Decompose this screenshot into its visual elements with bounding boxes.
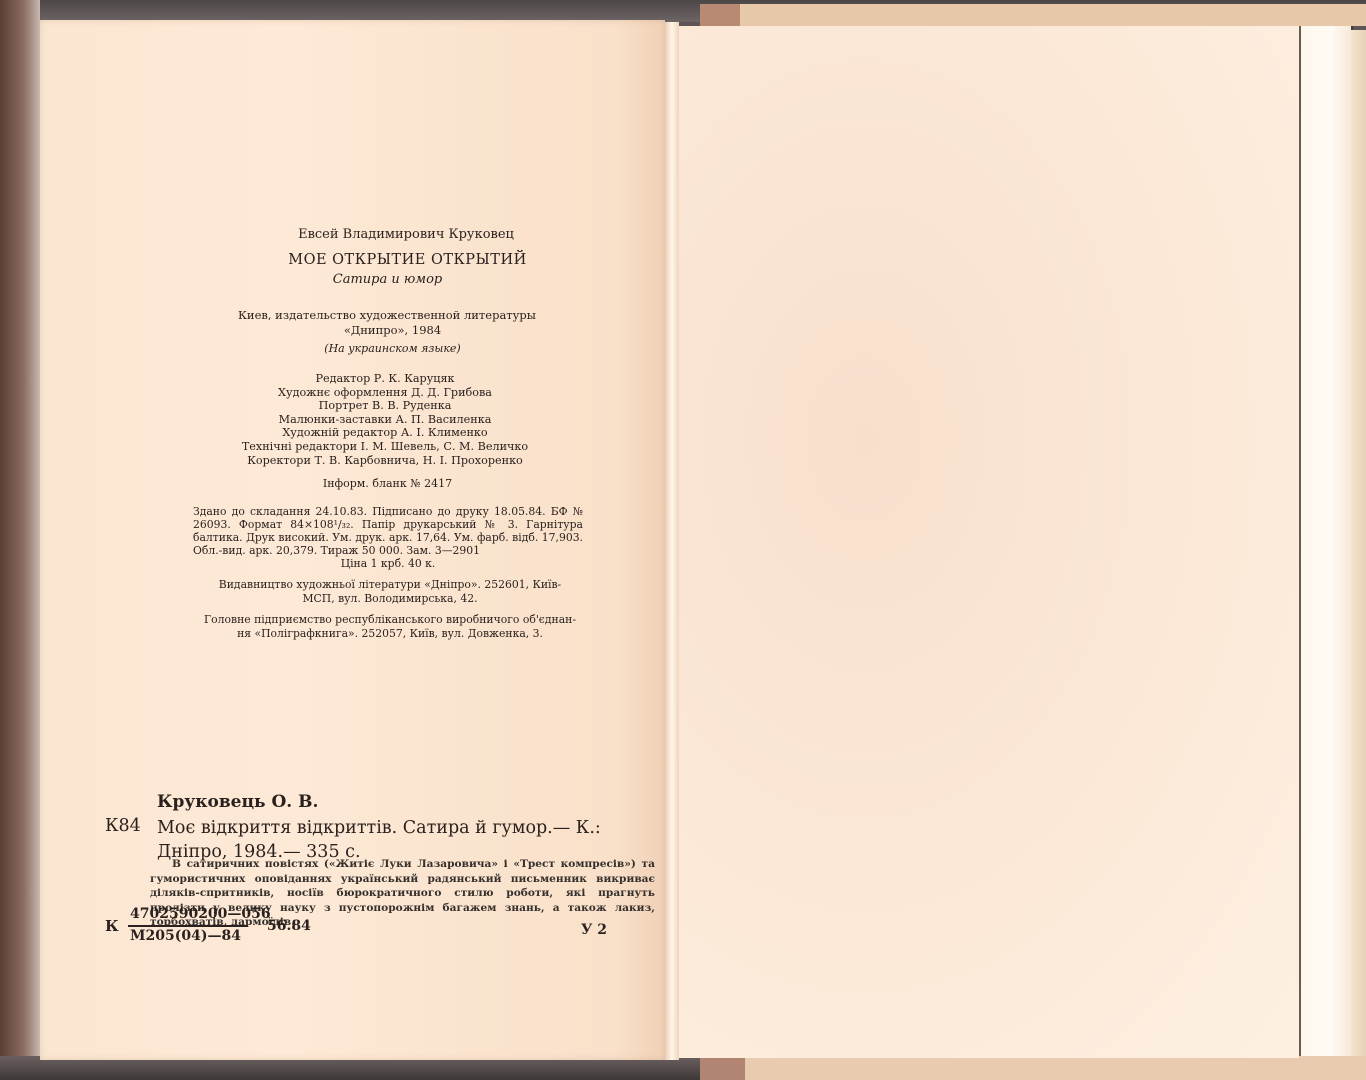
udc-code: У 2: [581, 922, 607, 938]
scan-backdrop-left: [0, 0, 40, 1080]
credit-proofreaders: Коректори Т. В. Карбовнича, Н. І. Прохор…: [225, 454, 545, 468]
publisher-line-1: Киев, издательство художественной литера…: [232, 308, 542, 322]
cover-edge: [1351, 30, 1366, 1056]
book-gutter: [665, 22, 679, 1060]
inform-blank: Інформ. бланк № 2417: [300, 477, 475, 490]
price: Ціна 1 крб. 40 к.: [193, 557, 583, 570]
printer-address-line-2: ня «Поліграфкнига». 252057, Київ, вул. Д…: [190, 627, 590, 641]
cover-board-bottom: [700, 1056, 1366, 1080]
imprint-block: Здано до складання 24.10.83. Підписано д…: [193, 505, 583, 570]
credit-tech-editors: Технічні редактори І. М. Шевель, С. М. В…: [225, 440, 545, 454]
printer-address: Головне підприємство республіканського в…: [190, 613, 590, 641]
publisher-address: Видавництво художньої літератури «Дніпро…: [190, 578, 590, 606]
bbk-numerator: 4702590200—056: [130, 906, 271, 922]
author-name-ru: Евсей Владимирович Круковец: [272, 227, 540, 242]
publisher-address-line-1: Видавництво художньої літератури «Дніпро…: [190, 578, 590, 592]
credit-editor: Редактор Р. К. Каруцяк: [225, 372, 545, 386]
language-note: (На украинском языке): [300, 342, 485, 355]
endpaper-edge-sheet: [1299, 26, 1353, 1056]
bbk-denominator: М205(04)—84: [130, 928, 241, 944]
book-subtitle-ru: Сатира и юмор: [300, 272, 475, 287]
printer-address-line-1: Головне підприємство республіканського в…: [190, 613, 590, 627]
credit-illustrations: Малюнки-заставки А. П. Василенка: [225, 413, 545, 427]
bbk-index: 56.84: [267, 918, 311, 934]
cover-board-top: [700, 4, 1366, 26]
bbk-letter: К: [105, 917, 119, 935]
credit-design: Художнє оформлення Д. Д. Грибова: [225, 386, 545, 400]
imprint-text: Здано до складання 24.10.83. Підписано д…: [193, 505, 583, 557]
credit-art-editor: Художній редактор А. І. Клименко: [225, 426, 545, 440]
fraction-line: [128, 925, 248, 927]
credit-portrait: Портрет В. В. Руденка: [225, 399, 545, 413]
credits-list: Редактор Р. К. Каруцяк Художнє оформленн…: [225, 372, 545, 467]
book-title-ru: МОЕ ОТКРЫТИЕ ОТКРЫТИЙ: [265, 252, 550, 268]
catalog-code: К84: [105, 816, 141, 836]
right-page-endpaper: [679, 26, 1299, 1058]
publisher-address-line-2: МСП, вул. Володимирська, 42.: [190, 592, 590, 606]
publisher-line-2: «Днипро», 1984: [330, 323, 455, 337]
catalog-author: Круковець О. В.: [157, 792, 318, 812]
